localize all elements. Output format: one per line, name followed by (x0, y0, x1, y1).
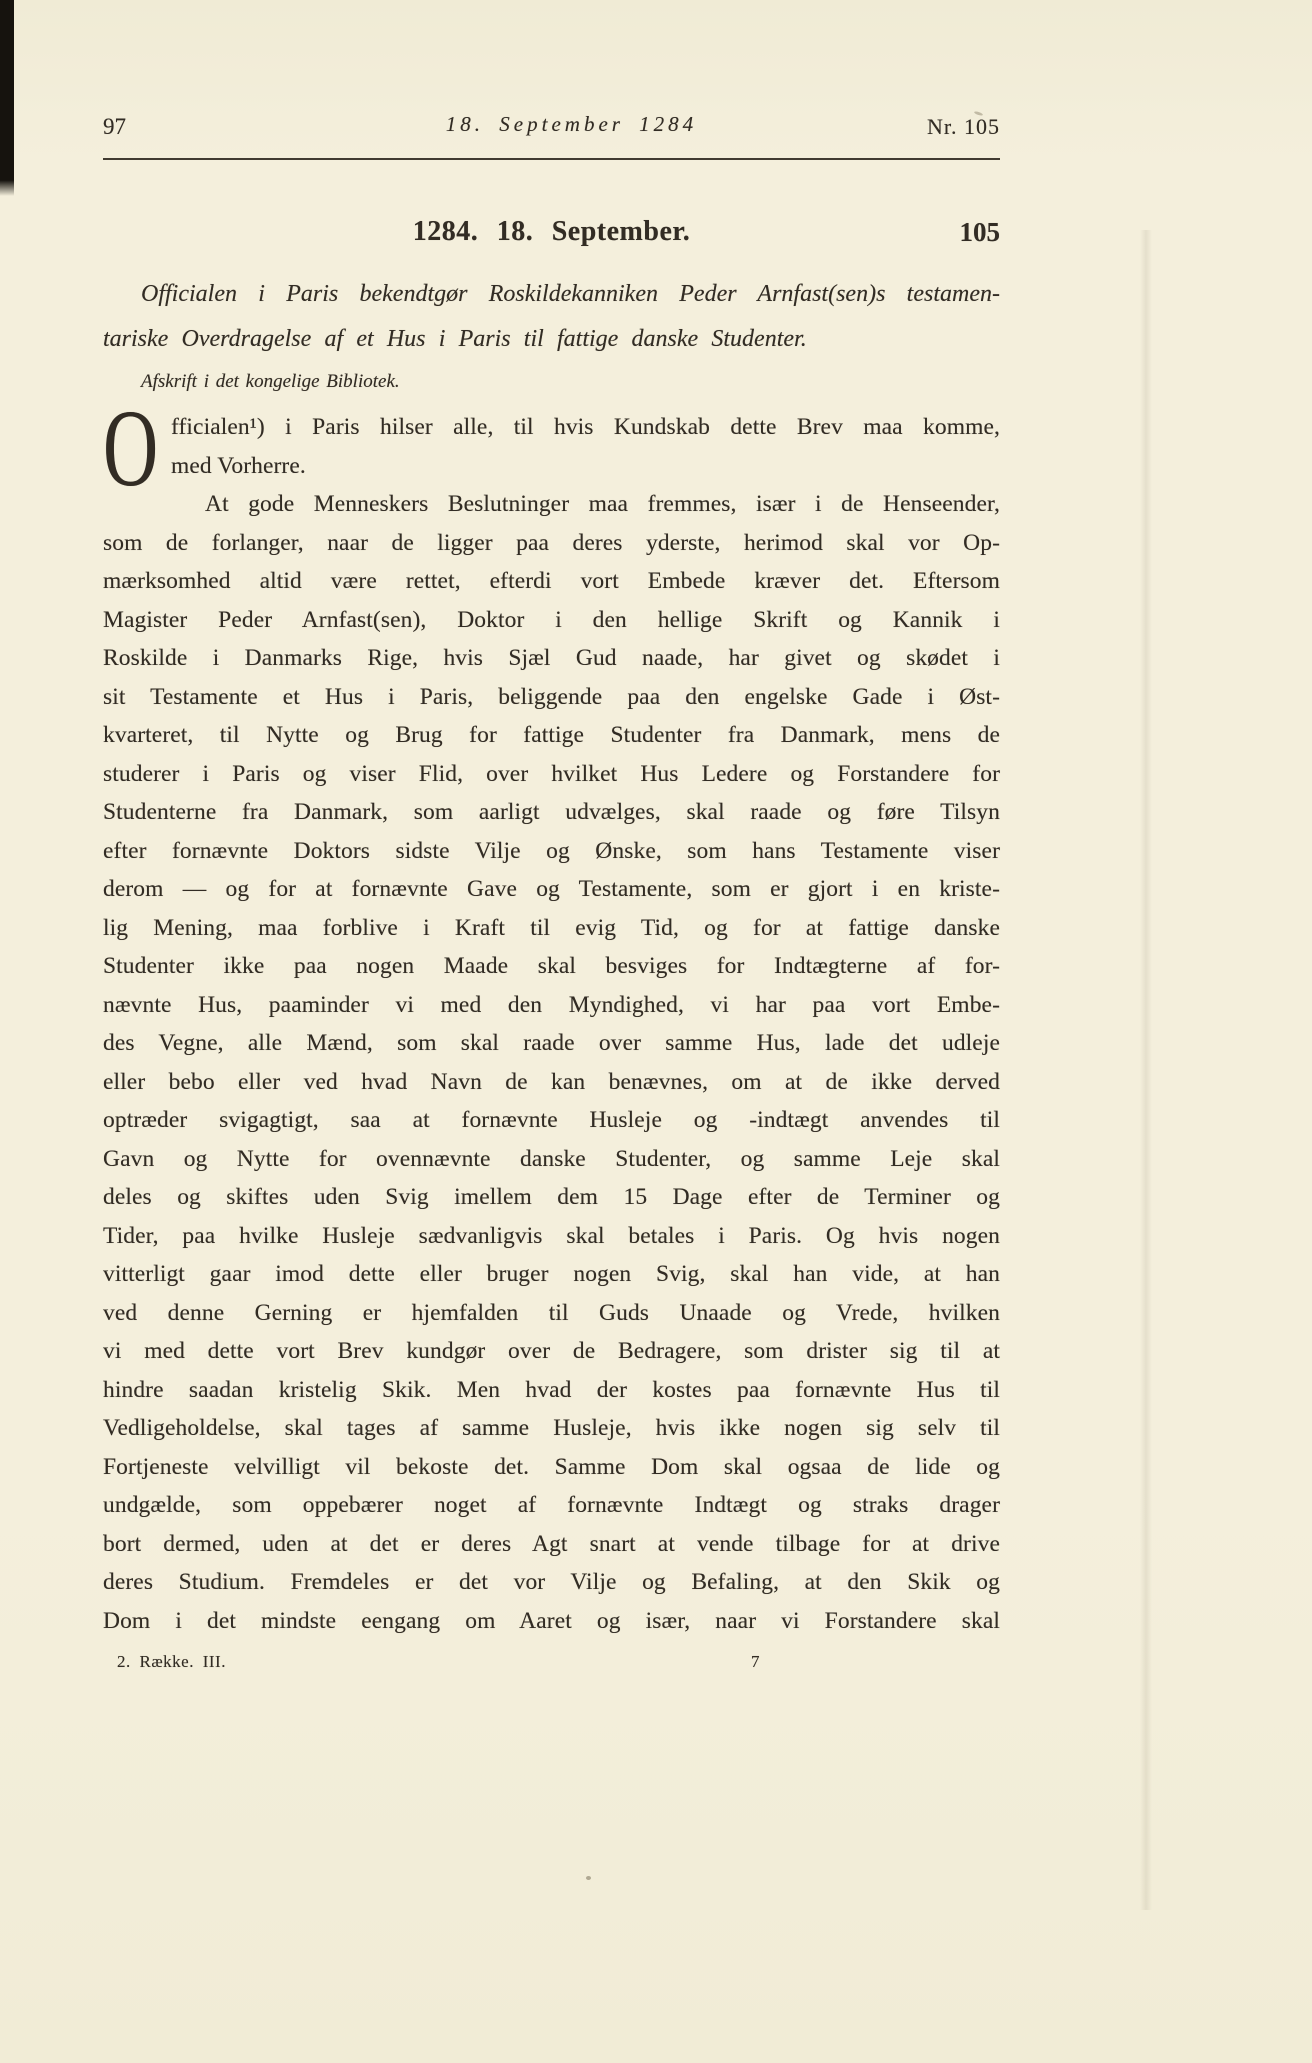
entry-date-heading: 1284. 18. September. (413, 216, 691, 247)
body-line: lig Mening, maa forblive i Kraft til evi… (103, 909, 1000, 948)
body-line: eller bebo eller ved hvad Navn de kan be… (103, 1063, 1000, 1102)
body-line: Dom i det mindste eengang om Aaret og is… (103, 1602, 1000, 1641)
text-block: 97 18. September 1284 Nr. 105 1284. 18. … (103, 0, 1000, 2063)
body-line: Roskilde i Danmarks Rige, hvis Sjæl Gud … (103, 639, 1000, 678)
page-number: 97 (103, 114, 126, 140)
body-line: vi med dette vort Brev kundgør over de B… (103, 1332, 1000, 1371)
source-note: Afskrift i det kongelige Bibliotek. (103, 370, 1000, 394)
drop-cap: O (103, 406, 148, 491)
body-line: Studenterne fra Danmark, som aarligt udv… (103, 793, 1000, 832)
body-line: kvarteret, til Nytte og Brug for fattige… (103, 716, 1000, 755)
signature-number: 7 (751, 1652, 760, 1672)
entry-summary: Officialen i Paris bekendtgør Roskildeka… (103, 272, 1000, 362)
scan-edge-artifact (0, 0, 14, 196)
summary-line: tariske Overdragelse af et Hus i Paris t… (103, 317, 1000, 362)
body-line: deles og skiftes uden Svig imellem dem 1… (103, 1178, 1000, 1217)
letter-opening: O fficialen¹) i Paris hilser alle, til h… (103, 408, 1000, 485)
header-rule (103, 158, 1000, 160)
opening-line: med Vorherre. (103, 447, 1000, 486)
body-line: At gode Menneskers Beslutninger maa frem… (103, 485, 1000, 524)
body-line: bort dermed, uden at det er deres Agt sn… (103, 1525, 1000, 1564)
summary-line: Officialen i Paris bekendtgør Roskildeka… (103, 272, 1000, 317)
page-footer: 2. Række. III. 7 (103, 1652, 1000, 1678)
body-line: som de forlanger, naar de ligger paa der… (103, 524, 1000, 563)
body-line: derom — og for at fornævnte Gave og Test… (103, 870, 1000, 909)
series-note: 2. Række. III. (117, 1652, 226, 1672)
body-line: sit Testamente et Hus i Paris, beliggend… (103, 678, 1000, 717)
body-line: undgælde, som oppebærer noget af fornævn… (103, 1486, 1000, 1525)
body-line: Vedligeholdelse, skal tages af samme Hus… (103, 1409, 1000, 1448)
body-line: Gavn og Nytte for ovennævnte danske Stud… (103, 1140, 1000, 1179)
body-line: hindre saadan kristelig Skik. Men hvad d… (103, 1371, 1000, 1410)
body-line: deres Studium. Fremdeles er det vor Vilj… (103, 1563, 1000, 1602)
body-line: Fortjeneste velvilligt vil bekoste det. … (103, 1448, 1000, 1487)
body-line: Tider, paa hvilke Husleje sædvanligvis s… (103, 1217, 1000, 1256)
body-line: studerer i Paris og viser Flid, over hvi… (103, 755, 1000, 794)
opening-line: fficialen¹) i Paris hilser alle, til hvi… (103, 408, 1000, 447)
page-crease-artifact (1140, 230, 1152, 1910)
body-line: ved denne Gerning er hjemfalden til Guds… (103, 1294, 1000, 1333)
body-line: efter fornævnte Doktors sidste Vilje og … (103, 832, 1000, 871)
body-line: nævnte Hus, paaminder vi med den Myndigh… (103, 986, 1000, 1025)
scanned-book-page: 97 18. September 1284 Nr. 105 1284. 18. … (0, 0, 1312, 2063)
body-line: vitterligt gaar imod dette eller bruger … (103, 1255, 1000, 1294)
running-title: 18. September 1284 (446, 112, 697, 136)
body-line: des Vegne, alle Mænd, som skal raade ove… (103, 1024, 1000, 1063)
entry-number: 105 (960, 217, 1001, 248)
body-line: mærksomhed altid være rettet, efterdi vo… (103, 562, 1000, 601)
entry-heading-row: 1284. 18. September. 105 (103, 216, 1000, 252)
issue-number: Nr. 105 (927, 114, 1000, 140)
letter-body: At gode Menneskers Beslutninger maa frem… (103, 485, 1000, 1640)
body-line: Magister Peder Arnfast(sen), Doktor i de… (103, 601, 1000, 640)
page-header: 97 18. September 1284 Nr. 105 (103, 112, 1000, 144)
body-line: Studenter ikke paa nogen Maade skal besv… (103, 947, 1000, 986)
body-line: optræder svigagtigt, saa at fornævnte Hu… (103, 1101, 1000, 1140)
